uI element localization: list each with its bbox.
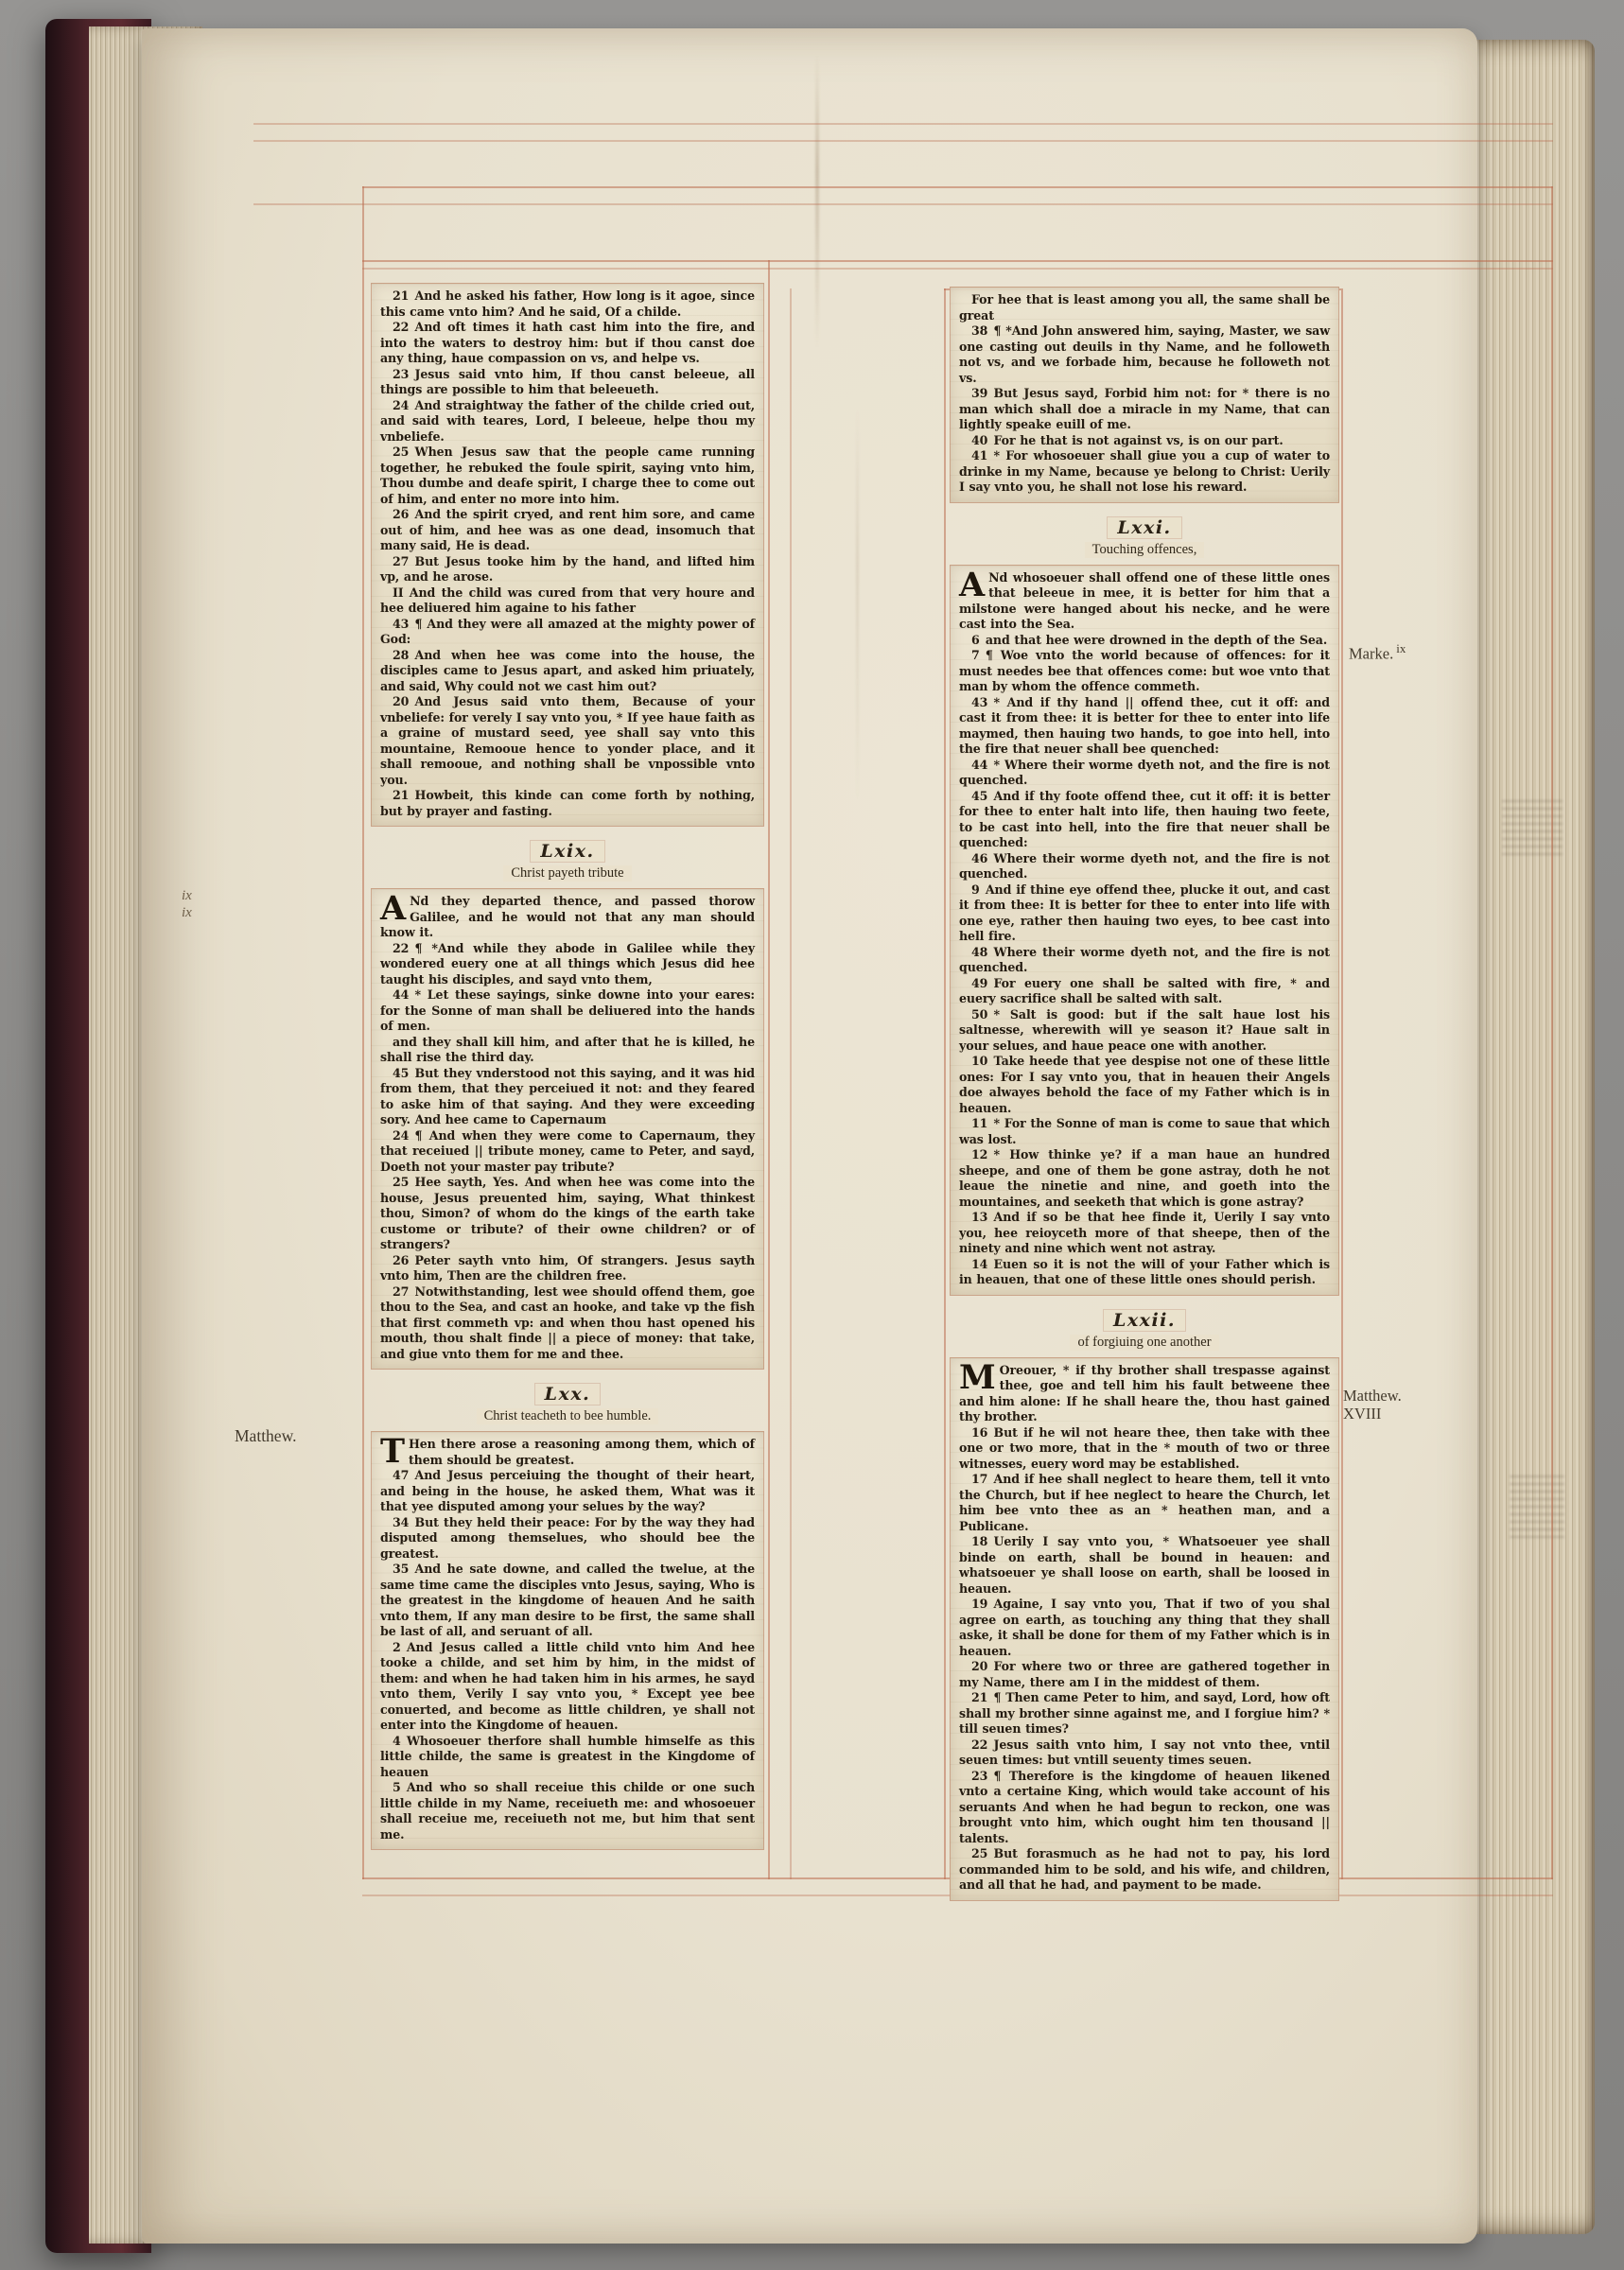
verse-number: 11 xyxy=(971,1116,994,1130)
section-title-text: of forgiuing one another xyxy=(1070,1335,1218,1351)
section-heading: Lxxii.of forgiuing one another xyxy=(950,1310,1339,1351)
verse-number: 43 xyxy=(971,695,994,709)
ruled-line xyxy=(253,140,1553,142)
section-number: Lxxi. xyxy=(950,517,1339,538)
verse-number: 27 xyxy=(393,554,415,568)
section-title: Christ payeth tribute xyxy=(371,862,764,882)
verse-number: 43 xyxy=(393,617,415,631)
margin-chapter-number: ix xyxy=(1396,641,1406,655)
verse-paragraph: 34 But they held their peace: For by the… xyxy=(380,1515,755,1563)
verse-paragraph: 4 Whosoeuer therfore shall humble himsel… xyxy=(380,1734,755,1781)
drop-cap-letter: A xyxy=(380,894,410,922)
verse-paragraph: 21 ¶ Then came Peter to him, and sayd, L… xyxy=(959,1690,1330,1737)
margin-book-label-right: Matthew. XVIII xyxy=(1343,1387,1402,1423)
verse-number: 45 xyxy=(393,1066,415,1080)
verse-paragraph: 23 Jesus said vnto him, If thou canst be… xyxy=(380,367,755,398)
verse-paragraph: ANd they departed thence, and passed tho… xyxy=(380,894,755,941)
verse-number: 48 xyxy=(971,945,994,959)
verse-number: 14 xyxy=(971,1257,994,1271)
verse-paragraph: 47 And Jesus perceiuing the thought of t… xyxy=(380,1468,755,1515)
margin-book-label-marke: Marke.ix xyxy=(1349,641,1406,664)
section-number: Lxxii. xyxy=(950,1310,1339,1331)
verse-number: 26 xyxy=(393,507,415,521)
verse-paragraph: 50 * Salt is good: but if the salt haue … xyxy=(959,1007,1330,1055)
verse-number: 38 xyxy=(971,323,994,338)
page-edge-smudge xyxy=(1502,800,1563,855)
verse-paragraph: 25 Hee sayth, Yes. And when hee was come… xyxy=(380,1175,755,1253)
verse-paragraph: 6 and that hee were drowned in the depth… xyxy=(959,633,1330,649)
book-photo: 21 And he asked his father, How long is … xyxy=(0,0,1624,2270)
verse-paragraph: 25 But forasmuch as he had not to pay, h… xyxy=(959,1846,1330,1894)
verse-paragraph: 18 Uerily I say vnto you, * Whatsoeuer y… xyxy=(959,1534,1330,1597)
verse-number: 28 xyxy=(393,648,415,662)
verse-paragraph: 44 * Let these sayings, sinke downe into… xyxy=(380,987,755,1035)
verse-paragraph: 43 * And if thy hand || offend thee, cut… xyxy=(959,695,1330,758)
verse-paragraph: 26 Peter sayth vnto him, Of strangers. J… xyxy=(380,1253,755,1284)
margin-chapter-number: XVIII xyxy=(1343,1405,1402,1423)
verse-paragraph: 23 ¶ Therefore is the kingdome of heauen… xyxy=(959,1769,1330,1847)
verse-paragraph: 45 And if thy foote offend thee, cut it … xyxy=(959,789,1330,851)
verse-number: 25 xyxy=(393,1175,415,1189)
verse-paragraph: and they shall kill him, and after that … xyxy=(380,1035,755,1066)
verse-paragraph: 40 For he that is not against vs, is on … xyxy=(959,433,1330,449)
verse-paragraph: 46 Where their worme dyeth not, and the … xyxy=(959,851,1330,882)
section-heading: Lxix.Christ payeth tribute xyxy=(371,841,764,882)
verse-paragraph: ANd whosoeuer shall offend one of these … xyxy=(959,570,1330,633)
verse-number: 27 xyxy=(393,1284,415,1299)
verse-paragraph: 21 Howbeit, this kinde can come forth by… xyxy=(380,788,755,819)
verse-number: 21 xyxy=(393,288,415,303)
pasted-text-block: ANd whosoeuer shall offend one of these … xyxy=(950,565,1339,1296)
verse-number: 19 xyxy=(971,1597,994,1611)
verse-number: 21 xyxy=(971,1690,994,1704)
verse-number: 20 xyxy=(393,694,415,708)
verse-paragraph: 27 But Jesus tooke him by the hand, and … xyxy=(380,554,755,585)
verse-paragraph: 48 Where their worme dyeth not, and the … xyxy=(959,945,1330,976)
verse-paragraph: 12 * How thinke ye? if a man haue an hun… xyxy=(959,1147,1330,1210)
text-column-right: For hee that is least among you all, the… xyxy=(950,287,1339,1903)
verse-number: 2 xyxy=(393,1640,407,1654)
ruled-line xyxy=(1341,288,1343,1879)
margin-book-name: Marke. xyxy=(1349,645,1393,663)
page-crease xyxy=(856,407,859,804)
verse-number: 44 xyxy=(971,758,994,772)
verse-paragraph: 22 And oft times it hath cast him into t… xyxy=(380,320,755,367)
verse-number: 26 xyxy=(393,1253,415,1267)
verse-number: 25 xyxy=(393,445,415,459)
ruled-line xyxy=(790,288,792,1879)
section-number-text: Lxxii. xyxy=(1104,1310,1185,1331)
verse-paragraph: 11 * For the Sonne of man is come to sau… xyxy=(959,1116,1330,1147)
verse-number: 21 xyxy=(393,788,415,802)
margin-mark: ix xyxy=(182,904,192,921)
verse-number: 24 xyxy=(393,398,415,412)
verse-paragraph: 10 Take heede that yee despise not one o… xyxy=(959,1054,1330,1116)
page-edge-smudge xyxy=(1510,1475,1564,1542)
ruled-line xyxy=(944,288,946,1879)
verse-paragraph: 41 * For whosoeuer shall giue you a cup … xyxy=(959,448,1330,496)
verse-number: 46 xyxy=(971,851,994,865)
verse-number: 22 xyxy=(393,320,415,334)
text-column-left: 21 And he asked his father, How long is … xyxy=(371,283,764,1852)
verse-paragraph: THen there arose a reasoning among them,… xyxy=(380,1437,755,1468)
verse-number: 22 xyxy=(393,941,415,955)
verse-number: 18 xyxy=(971,1534,994,1548)
verse-number: 23 xyxy=(393,367,415,381)
pasted-text-block: 21 And he asked his father, How long is … xyxy=(371,283,764,827)
section-title: of forgiuing one another xyxy=(950,1331,1339,1351)
ruled-line xyxy=(362,268,1553,270)
verse-paragraph: MOreouer, * if thy brother shall trespas… xyxy=(959,1363,1330,1425)
section-title: Touching offences, xyxy=(950,538,1339,558)
verse-paragraph: 38 ¶ *And John answered him, saying, Mas… xyxy=(959,323,1330,386)
verse-number: II xyxy=(393,585,410,600)
verse-number: 6 xyxy=(971,633,986,647)
verse-paragraph: 20 For where two or three are gathered t… xyxy=(959,1659,1330,1690)
verse-paragraph: 28 And when hee was come into the house,… xyxy=(380,648,755,695)
verse-number: 7 xyxy=(971,648,986,662)
verse-paragraph: 22 ¶ *And while they abode in Galilee wh… xyxy=(380,941,755,988)
verse-paragraph: For hee that is least among you all, the… xyxy=(959,292,1330,323)
verse-paragraph: 49 For euery one shall be salted with fi… xyxy=(959,976,1330,1007)
ruled-line xyxy=(362,186,1553,188)
pasted-text-block: THen there arose a reasoning among them,… xyxy=(371,1431,764,1850)
section-heading: Lxx.Christ teacheth to bee humble. xyxy=(371,1384,764,1424)
section-number-text: Lxxi. xyxy=(1108,517,1180,538)
verse-number: 4 xyxy=(393,1734,407,1748)
verse-paragraph: 22 Jesus saith vnto him, I say not vnto … xyxy=(959,1737,1330,1769)
verse-paragraph: 21 And he asked his father, How long is … xyxy=(380,288,755,320)
verse-number: 16 xyxy=(971,1425,994,1440)
ruled-line xyxy=(362,260,1553,262)
verse-number: 13 xyxy=(971,1210,994,1224)
verse-paragraph: 35 And he sate downe, and called the twe… xyxy=(380,1562,755,1640)
verse-number: 39 xyxy=(971,386,994,400)
verse-number: 47 xyxy=(393,1468,415,1482)
verse-number: 41 xyxy=(971,448,994,463)
ruled-line xyxy=(362,186,364,1879)
verse-paragraph: 39 But Jesus sayd, Forbid him not: for *… xyxy=(959,386,1330,433)
verse-paragraph: 45 But they vnderstood not this saying, … xyxy=(380,1066,755,1128)
section-number-text: Lxix. xyxy=(531,841,603,862)
section-number: Lxix. xyxy=(371,841,764,862)
drop-cap-letter: M xyxy=(959,1363,1000,1391)
verse-number: 25 xyxy=(971,1846,994,1860)
ruled-line xyxy=(768,260,770,1879)
verse-number: 40 xyxy=(971,433,994,447)
section-heading: Lxxi.Touching offences, xyxy=(950,517,1339,558)
drop-cap-letter: T xyxy=(380,1437,409,1465)
verse-paragraph: 27 Notwithstanding, lest wee should offe… xyxy=(380,1284,755,1363)
ruled-line xyxy=(253,203,1553,205)
verse-paragraph: 9 And if thine eye offend thee, plucke i… xyxy=(959,882,1330,945)
section-title-text: Christ payeth tribute xyxy=(503,865,631,882)
verse-paragraph: 43 ¶ And they were all amazed at the mig… xyxy=(380,617,755,648)
verse-paragraph: 5 And who so shall receiue this childe o… xyxy=(380,1780,755,1842)
ruled-line xyxy=(1551,186,1553,1879)
verse-paragraph: 25 When Jesus saw that the people came r… xyxy=(380,445,755,507)
verse-paragraph: 13 And if so be that hee finde it, Ueril… xyxy=(959,1210,1330,1257)
verse-paragraph: 17 And if hee shall neglect to heare the… xyxy=(959,1472,1330,1534)
verse-number: 49 xyxy=(971,976,994,990)
verse-number: 9 xyxy=(971,882,986,897)
margin-book-label-left: Matthew. xyxy=(235,1426,296,1446)
pasted-text-block: For hee that is least among you all, the… xyxy=(950,287,1339,503)
verse-number: 45 xyxy=(971,789,994,803)
section-number-text: Lxx. xyxy=(535,1384,601,1405)
ruled-line xyxy=(253,123,1553,125)
drop-cap-letter: A xyxy=(959,570,988,599)
verse-paragraph: II And the child was cured from that ver… xyxy=(380,585,755,617)
section-title-text: Touching offences, xyxy=(1085,542,1205,558)
verse-number: 23 xyxy=(971,1769,994,1783)
verse-paragraph: 2 And Jesus called a little child vnto h… xyxy=(380,1640,755,1734)
verse-paragraph: 24 And straightway the father of the chi… xyxy=(380,398,755,445)
margin-chapter-marks: ix ix xyxy=(182,887,192,921)
pasted-text-block: ANd they departed thence, and passed tho… xyxy=(371,888,764,1370)
verse-paragraph: 19 Againe, I say vnto you, That if two o… xyxy=(959,1597,1330,1659)
verse-number: 20 xyxy=(971,1659,994,1673)
verse-paragraph: 7 ¶ Woe vnto the world because of offenc… xyxy=(959,648,1330,695)
margin-book-name: Matthew. xyxy=(1343,1387,1402,1405)
verse-number: 35 xyxy=(393,1562,415,1576)
verse-paragraph: 26 And the spirit cryed, and rent him so… xyxy=(380,507,755,554)
verse-number: 12 xyxy=(971,1147,994,1161)
verse-paragraph: 20 And Jesus said vnto them, Because of … xyxy=(380,694,755,788)
section-title: Christ teacheth to bee humble. xyxy=(371,1405,764,1424)
verse-number: 10 xyxy=(971,1054,994,1068)
verse-number: 24 xyxy=(393,1128,415,1143)
section-number: Lxx. xyxy=(371,1384,764,1405)
verse-paragraph: 24 ¶ And when they were come to Capernau… xyxy=(380,1128,755,1176)
verse-number: 22 xyxy=(971,1737,994,1752)
verse-number: 34 xyxy=(393,1515,415,1529)
verse-paragraph: 16 But if he wil not heare thee, then ta… xyxy=(959,1425,1330,1473)
verse-number: 5 xyxy=(393,1780,407,1794)
page-crease xyxy=(815,55,819,348)
verse-number: 17 xyxy=(971,1472,994,1486)
section-title-text: Christ teacheth to bee humble. xyxy=(477,1408,659,1424)
margin-mark: ix xyxy=(182,887,192,904)
verse-paragraph: 14 Euen so it is not the will of your Fa… xyxy=(959,1257,1330,1288)
pasted-text-block: MOreouer, * if thy brother shall trespas… xyxy=(950,1357,1339,1901)
verse-number: 50 xyxy=(971,1007,994,1021)
verse-paragraph: 44 * Where their worme dyeth not, and th… xyxy=(959,758,1330,789)
verse-number: 44 xyxy=(393,987,415,1002)
